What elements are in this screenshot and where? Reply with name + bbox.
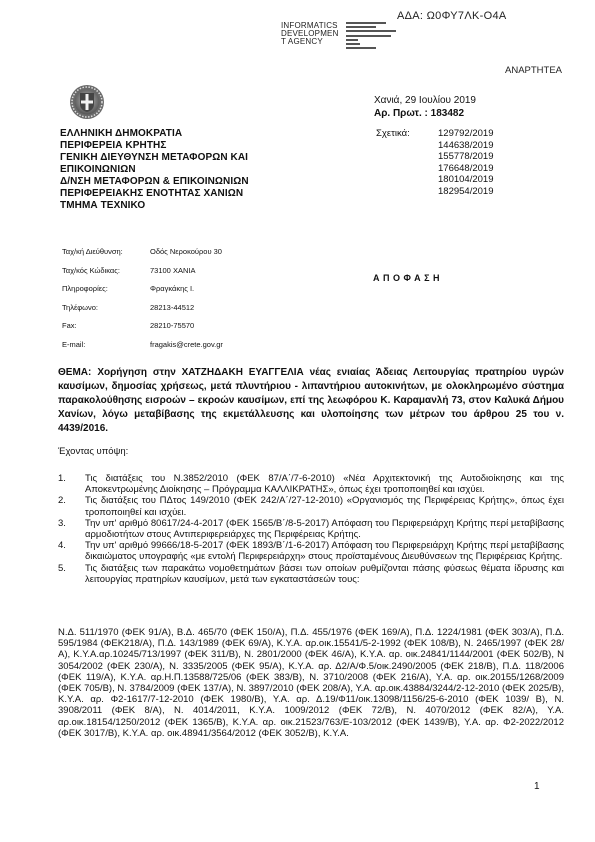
ada-code: ΑΔΑ: Ω0ΦΥ7ΛΚ-Ο4Α (397, 10, 507, 22)
protocol-number: Αρ. Πρωτ. : 183482 (374, 108, 464, 119)
contact-row-postcode: Ταχ/κός Κώδικας:73100 ΧΑΝΙΑ (62, 262, 223, 281)
email-link[interactable]: fragakis@crete.gov.gr (150, 336, 223, 355)
list-item: 3.Την υπ' αριθμό 80617/24-4-2017 (ΦΕΚ 15… (58, 518, 564, 540)
contact-row-phone: Τηλέφωνο:28213-44512 (62, 299, 223, 318)
list-item: 2.Τις διατάξεις του ΠΔτος 149/2010 (ΦΕΚ … (58, 495, 564, 517)
list-item: 5.Τις διατάξεις των παρακάτω νομοθετημάτ… (58, 563, 564, 585)
contact-row-email: E-mail:fragakis@crete.gov.gr (62, 336, 223, 355)
related-doc: 129792/2019 (438, 128, 493, 140)
subject-label: ΘΕΜΑ: (58, 367, 91, 378)
posting-label: ΑΝΑΡΤΗΤΕΑ (505, 65, 562, 76)
related-documents-list: 129792/2019 144638/2019 155778/2019 1766… (438, 128, 493, 197)
related-doc: 182954/2019 (438, 186, 493, 198)
document-type-title: ΑΠΟΦΑΣΗ (373, 273, 443, 283)
greek-coat-of-arms-icon (69, 84, 105, 120)
org-line: ΓΕΝΙΚΗ ΔΙΕΥΘΥΝΣΗ ΜΕΤΑΦΟΡΩΝ ΚΑΙ (60, 152, 249, 164)
org-line: ΤΜΗΜΑ ΤΕΧΝΙΚΟ (60, 200, 249, 212)
digital-signature-stamp-icon (346, 22, 396, 51)
subject-text: Χορήγηση στην ΧΑΤΖΗΔΑΚΗ ΕΥΑΓΓΕΛΙΑ νέας ε… (58, 367, 564, 434)
legislation-references: Ν.Δ. 511/1970 (ΦΕΚ 91/Α), Β.Δ. 465/70 (Φ… (58, 627, 564, 739)
related-doc: 155778/2019 (438, 151, 493, 163)
related-doc: 176648/2019 (438, 163, 493, 175)
contact-row-info: Πληροφορίες:Φραγκάκης Ι. (62, 280, 223, 299)
contact-details: Ταχ/κή Διεύθυνση:Οδός Νεροκούρου 30 Ταχ/… (62, 243, 223, 354)
logo-line: T AGENCY (281, 38, 339, 46)
org-line: ΠΕΡΙΦΕΡΕΙΑ ΚΡΗΤΗΣ (60, 140, 249, 152)
related-doc: 180104/2019 (438, 174, 493, 186)
contact-row-fax: Fax:28210-75570 (62, 317, 223, 336)
issuing-organization: ΕΛΛΗΝΙΚΗ ΔΗΜΟΚΡΑΤΙΑ ΠΕΡΙΦΕΡΕΙΑ ΚΡΗΤΗΣ ΓΕ… (60, 128, 249, 212)
informatics-agency-logo: INFORMATICS DEVELOPMEN T AGENCY (281, 22, 339, 46)
page-number: 1 (534, 781, 540, 792)
list-item: 1.Τις διατάξεις του Ν.3852/2010 (ΦΕΚ 87/… (58, 473, 564, 495)
org-line: ΠΕΡΙΦΕΡΕΙΑΚΗΣ ΕΝΟΤΗΤΑΣ ΧΑΝΙΩΝ (60, 188, 249, 200)
subject-block: ΘΕΜΑ:Χορήγηση στην ΧΑΤΖΗΔΑΚΗ ΕΥΑΓΓΕΛΙΑ ν… (58, 366, 564, 436)
org-line: ΕΠΙΚΟΙΝΩΝΙΩΝ (60, 164, 249, 176)
contact-row-address: Ταχ/κή Διεύθυνση:Οδός Νεροκούρου 30 (62, 243, 223, 262)
related-doc: 144638/2019 (438, 140, 493, 152)
list-item: 4.Την υπ' αριθμό 99666/18-5-2017 (ΦΕΚ 18… (58, 540, 564, 562)
org-line: ΕΛΛΗΝΙΚΗ ΔΗΜΟΚΡΑΤΙΑ (60, 128, 249, 140)
related-label: Σχετικά: (376, 128, 410, 139)
org-line: Δ/ΝΣΗ ΜΕΤΑΦΟΡΩΝ & ΕΠΙΚΟΙΝΩΝΙΩΝ (60, 176, 249, 188)
document-date: Χανιά, 29 Ιουλίου 2019 (374, 95, 476, 106)
considerations-list: 1.Τις διατάξεις του Ν.3852/2010 (ΦΕΚ 87/… (58, 473, 564, 585)
considering-heading: Έχοντας υπόψη: (58, 446, 128, 457)
